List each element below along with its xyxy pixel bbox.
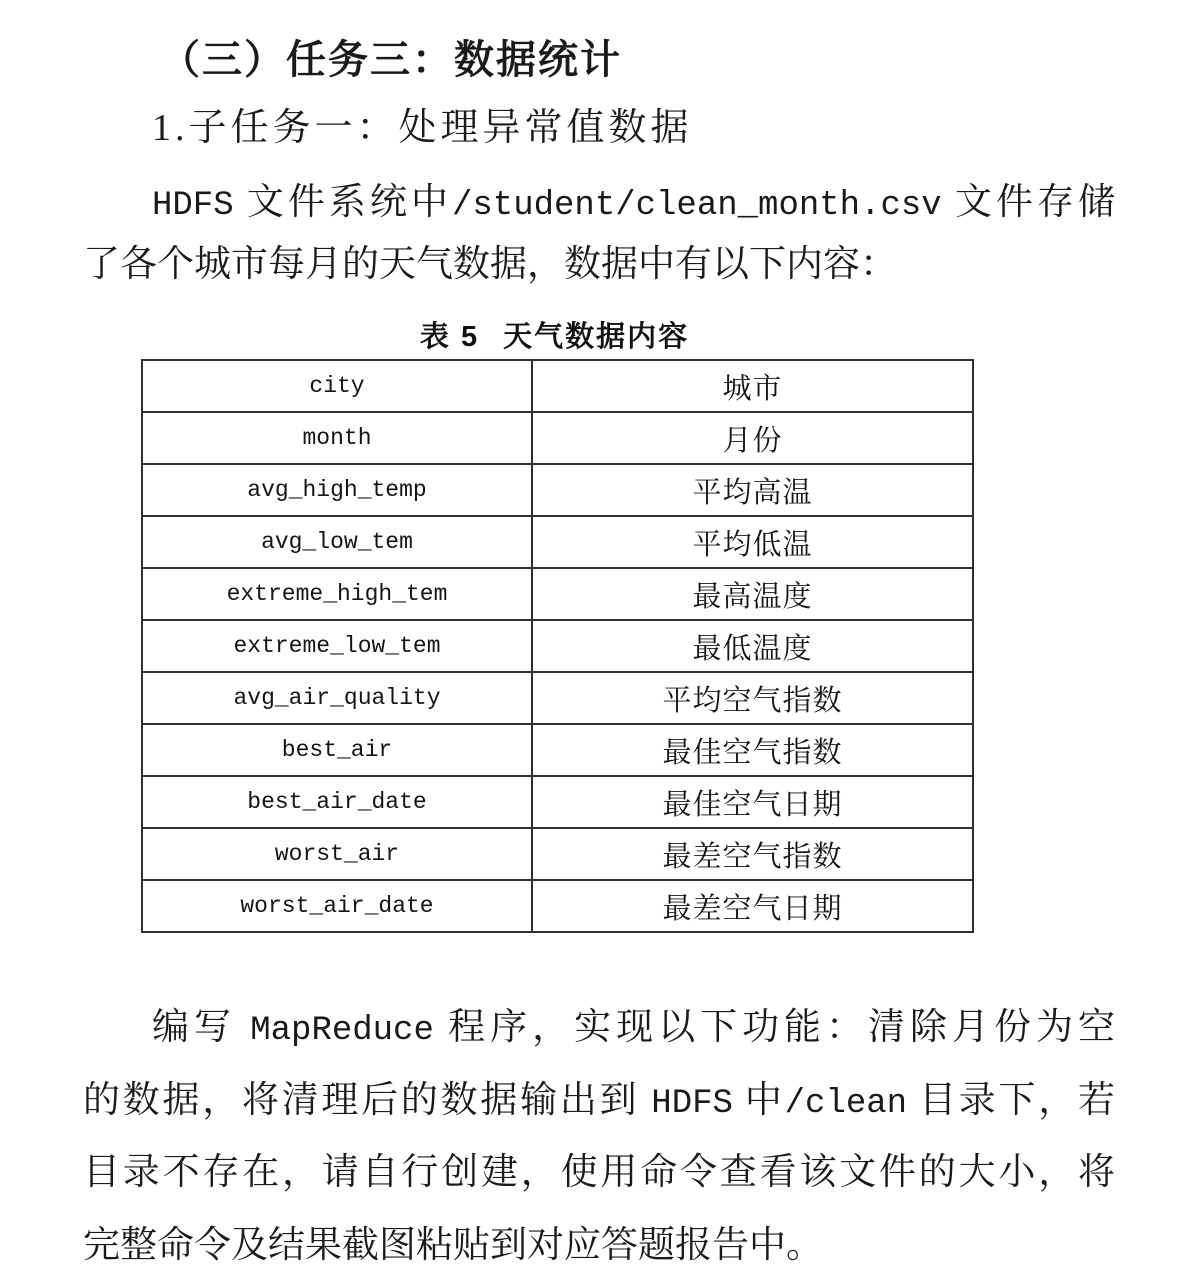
intro-line-1: HDFS 文件系统中/student/clean_month.csv 文件存储 bbox=[152, 181, 1115, 226]
field-cell: worst_air bbox=[142, 828, 532, 880]
table-row: extreme_low_tem 最低温度 bbox=[142, 620, 973, 672]
table-row: avg_high_temp 平均高温 bbox=[142, 464, 973, 516]
meaning-cell: 最差空气指数 bbox=[532, 828, 973, 880]
meaning-cell: 平均低温 bbox=[532, 516, 973, 568]
text-segment: 文件存储 bbox=[942, 182, 1115, 223]
table-caption-title: 天气数据内容 bbox=[503, 314, 689, 355]
text-segment: 中 bbox=[733, 1080, 785, 1121]
field-cell: extreme_low_tem bbox=[142, 620, 532, 672]
meaning-cell: 最佳空气日期 bbox=[532, 776, 973, 828]
table-row: month 月份 bbox=[142, 412, 973, 464]
document-page: （三）任务三：数据统计 1.子任务一：处理异常值数据 HDFS 文件系统中/st… bbox=[0, 0, 1198, 1280]
table-row: extreme_high_tem 最高温度 bbox=[142, 568, 973, 620]
meaning-cell: 最低温度 bbox=[532, 620, 973, 672]
text-segment: 文件系统中 bbox=[234, 182, 452, 223]
text-segment: MapReduce bbox=[250, 1012, 434, 1050]
field-cell: best_air_date bbox=[142, 776, 532, 828]
table-row: worst_air 最差空气指数 bbox=[142, 828, 973, 880]
table-caption: 表 5 天气数据内容 bbox=[141, 314, 968, 355]
meaning-cell: 城市 bbox=[532, 360, 973, 412]
text-segment: /student/clean_month.csv bbox=[452, 187, 942, 225]
task-line-2: 的数据，将清理后的数据输出到 HDFS 中/clean 目录下，若 bbox=[83, 1079, 1115, 1124]
meaning-cell: 平均高温 bbox=[532, 464, 973, 516]
intro-line-2: 了各个城市每月的天气数据，数据中有以下内容： bbox=[83, 243, 897, 287]
task-line-3: 目录不存在，请自行创建，使用命令查看该文件的大小，将 bbox=[83, 1151, 1115, 1195]
weather-fields-table: city 城市 month 月份 avg_high_temp 平均高温 avg_… bbox=[141, 359, 974, 933]
field-cell: avg_air_quality bbox=[142, 672, 532, 724]
table-row: best_air_date 最佳空气日期 bbox=[142, 776, 973, 828]
task-line-4: 完整命令及结果截图粘贴到对应答题报告中。 bbox=[83, 1224, 823, 1268]
text-segment: HDFS bbox=[152, 187, 234, 225]
task-line-1: 编写 MapReduce 程序，实现以下功能：清除月份为空 bbox=[152, 1006, 1115, 1051]
text-segment: HDFS bbox=[651, 1085, 733, 1123]
text-segment: /clean bbox=[785, 1085, 907, 1123]
text-segment: 目录下，若 bbox=[907, 1080, 1115, 1121]
table-caption-label: 表 5 bbox=[420, 314, 479, 355]
table-row: avg_air_quality 平均空气指数 bbox=[142, 672, 973, 724]
text-segment: 程序，实现以下功能：清除月份为空 bbox=[434, 1007, 1115, 1048]
subtask-heading: 1.子任务一：处理异常值数据 bbox=[152, 106, 693, 152]
text-segment: 的数据，将清理后的数据输出到 bbox=[83, 1080, 651, 1121]
field-cell: avg_low_tem bbox=[142, 516, 532, 568]
table-row: best_air 最佳空气指数 bbox=[142, 724, 973, 776]
table-row: worst_air_date 最差空气日期 bbox=[142, 880, 973, 932]
meaning-cell: 最高温度 bbox=[532, 568, 973, 620]
meaning-cell: 平均空气指数 bbox=[532, 672, 973, 724]
text-segment: 编写 bbox=[152, 1007, 250, 1048]
field-cell: best_air bbox=[142, 724, 532, 776]
meaning-cell: 月份 bbox=[532, 412, 973, 464]
field-cell: month bbox=[142, 412, 532, 464]
field-cell: extreme_high_tem bbox=[142, 568, 532, 620]
field-cell: worst_air_date bbox=[142, 880, 532, 932]
section-heading: （三）任务三：数据统计 bbox=[160, 36, 622, 84]
field-cell: city bbox=[142, 360, 532, 412]
field-cell: avg_high_temp bbox=[142, 464, 532, 516]
meaning-cell: 最差空气日期 bbox=[532, 880, 973, 932]
table-row: city 城市 bbox=[142, 360, 973, 412]
meaning-cell: 最佳空气指数 bbox=[532, 724, 973, 776]
table-row: avg_low_tem 平均低温 bbox=[142, 516, 973, 568]
